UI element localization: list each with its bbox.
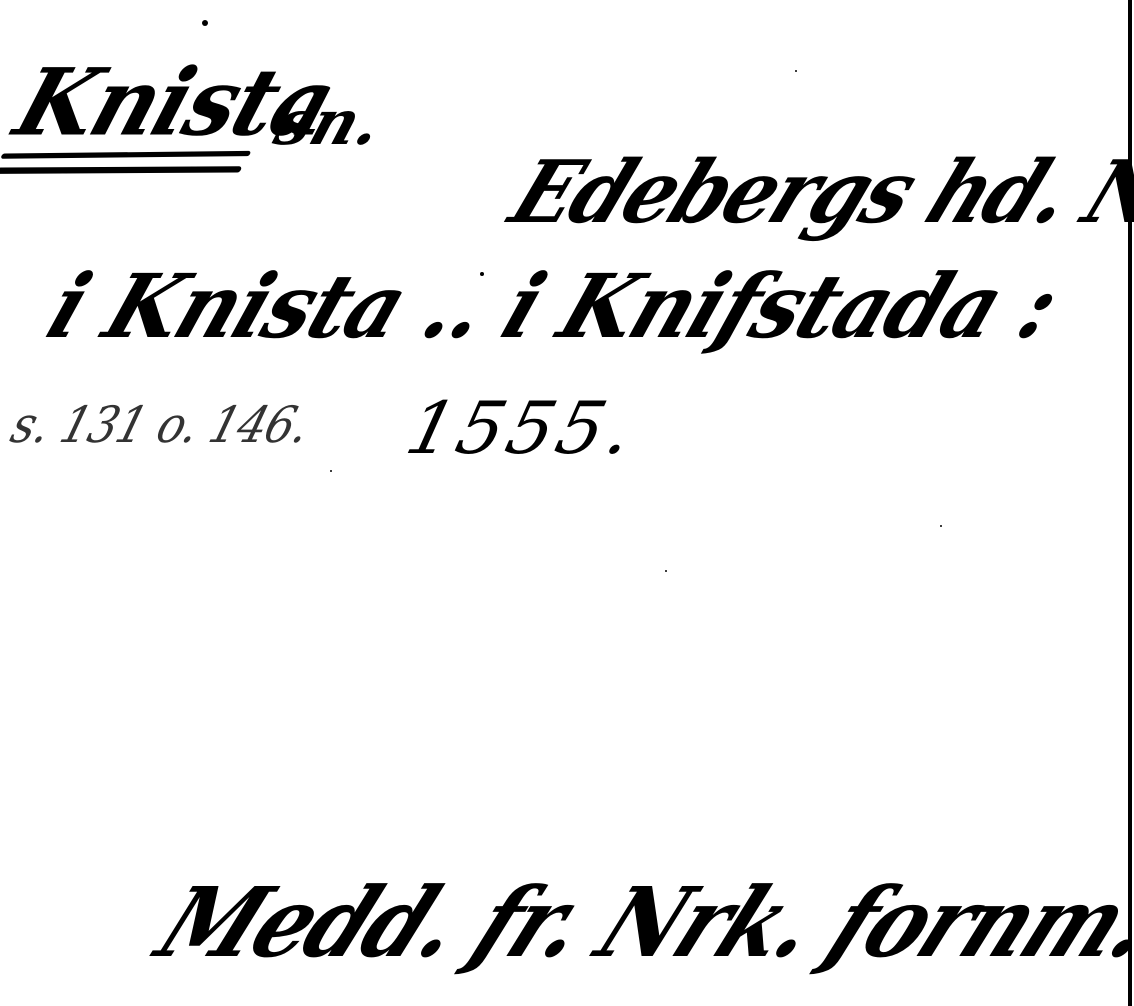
ink-speck: [940, 525, 942, 527]
parish-suffix: sn.: [268, 92, 390, 154]
ink-speck: [795, 70, 797, 72]
ink-speck: [202, 20, 208, 26]
ink-speck: [665, 570, 667, 572]
register-card: Knista sn. Edebergs hd. Nrke. i Knista .…: [0, 0, 1134, 1006]
source-text: Medd. fr. Nrk. fornm. för.: [141, 866, 1134, 979]
title-double-underline: [0, 166, 242, 174]
source-citation: Medd. fr. Nrk. fornm. för. 2I: [145, 858, 1134, 971]
page-reference: s. 131 o. 146.: [6, 400, 315, 450]
name-variants-line: i Knista .. i Knifstada :: [38, 262, 1069, 350]
card-right-edge: [1128, 0, 1132, 1006]
ink-speck: [330, 470, 332, 472]
district-line: Edebergs hd. Nrke.: [500, 150, 1134, 236]
year: 1555.: [400, 392, 644, 464]
